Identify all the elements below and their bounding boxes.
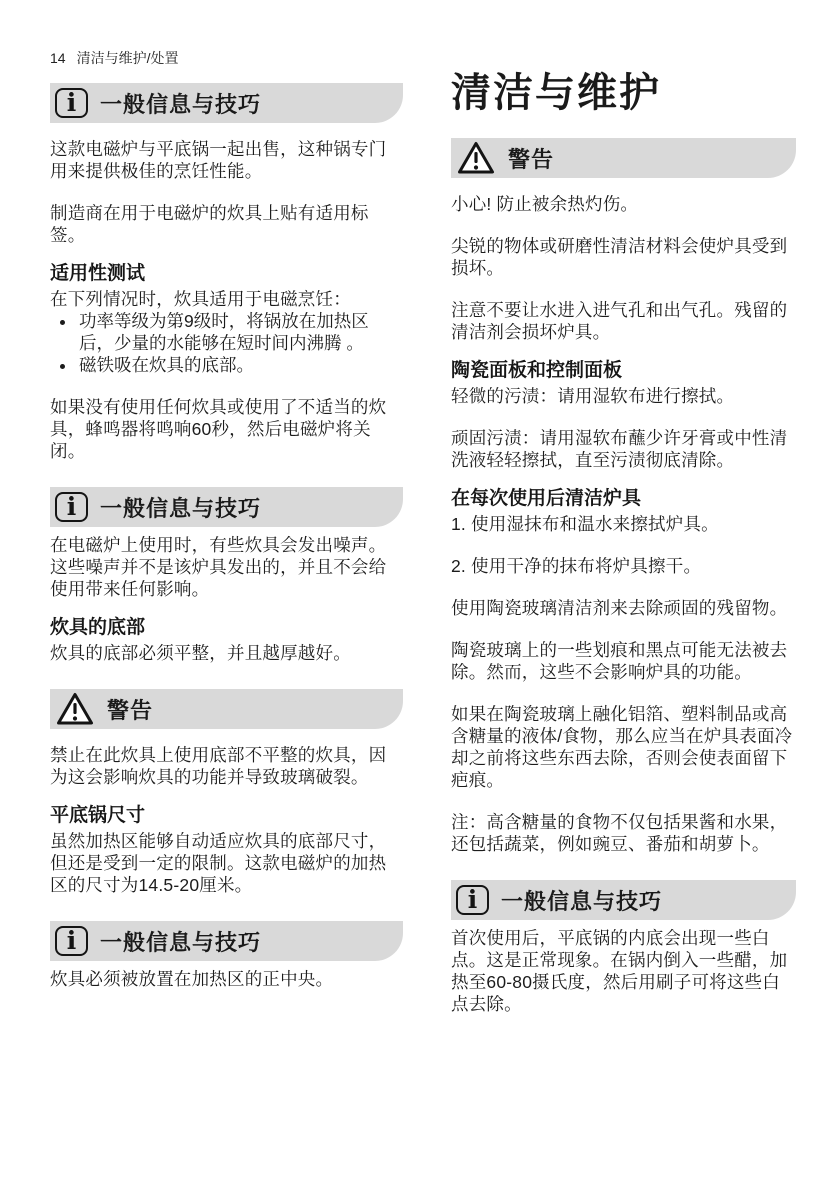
paragraph: 在下列情况时，炊具适用于电磁烹饪：	[50, 288, 403, 310]
info-icon: i	[456, 885, 489, 915]
step-item: 1. 使用湿抹布和温水来擦拭炉具。	[451, 513, 796, 535]
paragraph: 炊具必须被放置在加热区的正中央。	[50, 968, 403, 990]
section-heading: 陶瓷面板和控制面板	[451, 359, 796, 383]
paragraph: 如果没有使用任何炊具或使用了不适当的炊具，蜂鸣器将鸣响60秒，然后电磁炉将关闭。	[50, 396, 403, 462]
section-heading: 适用性测试	[50, 262, 403, 286]
bullet-item: 功率等级为第9级时，将锅放在加热区后，少量的水能够在短时间内沸腾 。	[77, 310, 403, 354]
info-icon: i	[55, 926, 88, 956]
page-header-title: 清洁与维护/处置	[77, 49, 179, 67]
right-column: 清洁与维护 警告 小心! 防止被余热灼伤。 尖锐的物体或研磨性清洁材料会使炉具受…	[451, 68, 796, 1015]
step-item: 2. 使用干净的抹布将炉具擦干。	[451, 555, 796, 577]
left-column: i 一般信息与技巧 这款电磁炉与平底锅一起出售，这种锅专门用来提供极佳的烹饪性能…	[50, 83, 403, 990]
paragraph: 虽然加热区能够自动适应炊具的底部尺寸，但还是受到一定的限制。这款电磁炉的加热区的…	[50, 830, 403, 896]
paragraph: 首次使用后，平底锅的内底会出现一些白点。这是正常现象。在锅内倒入一些醋，加热至6…	[451, 927, 796, 1015]
paragraph: 这款电磁炉与平底锅一起出售，这种锅专门用来提供极佳的烹饪性能。	[50, 138, 403, 182]
paragraph: 炊具的底部必须平整，并且越厚越好。	[50, 642, 403, 664]
section-heading: 在每次使用后清洁炉具	[451, 487, 796, 511]
banner-title: 一般信息与技巧	[501, 885, 662, 916]
info-icon: i	[55, 88, 88, 118]
section-title: 清洁与维护	[451, 68, 796, 118]
warning-icon	[55, 691, 95, 727]
bullet-list: 功率等级为第9级时，将锅放在加热区后，少量的水能够在短时间内沸腾 。 磁铁吸在炊…	[50, 310, 403, 376]
warning-banner: 警告	[451, 138, 796, 178]
banner-title: 一般信息与技巧	[100, 492, 261, 523]
banner-title: 一般信息与技巧	[100, 88, 261, 119]
section-heading: 炊具的底部	[50, 616, 403, 640]
paragraph: 禁止在此炊具上使用底部不平整的炊具，因为这会影响炊具的功能并导致玻璃破裂。	[50, 744, 403, 788]
warning-icon	[456, 140, 496, 176]
info-banner: i 一般信息与技巧	[50, 83, 403, 123]
paragraph: 制造商在用于电磁炉的炊具上贴有适用标签。	[50, 202, 403, 246]
paragraph: 如果在陶瓷玻璃上融化铝箔、塑料制品或高含糖量的液体/食物，那么应当在炉具表面冷却…	[451, 703, 796, 791]
warning-banner: 警告	[50, 689, 403, 729]
paragraph: 小心! 防止被余热灼伤。	[451, 193, 796, 215]
paragraph: 尖锐的物体或研磨性清洁材料会使炉具受到损坏。	[451, 235, 796, 279]
paragraph: 使用陶瓷玻璃清洁剂来去除顽固的残留物。	[451, 597, 796, 619]
section-heading: 平底锅尺寸	[50, 804, 403, 828]
info-banner: i 一般信息与技巧	[50, 921, 403, 961]
paragraph: 注：高含糖量的食物不仅包括果酱和水果，还包括蔬菜，例如豌豆、番茄和胡萝卜。	[451, 811, 796, 855]
paragraph: 注意不要让水进入进气孔和出气孔。残留的清洁剂会损坏炉具。	[451, 299, 796, 343]
paragraph: 顽固污渍：请用湿软布蘸少许牙膏或中性清洗液轻轻擦拭，直至污渍彻底清除。	[451, 427, 796, 471]
info-icon: i	[55, 492, 88, 522]
info-banner: i 一般信息与技巧	[451, 880, 796, 920]
banner-title: 警告	[107, 694, 153, 725]
bullet-item: 磁铁吸在炊具的底部。	[77, 354, 403, 376]
info-banner: i 一般信息与技巧	[50, 487, 403, 527]
banner-title: 一般信息与技巧	[100, 926, 261, 957]
paragraph: 陶瓷玻璃上的一些划痕和黑点可能无法被去除。然而，这些不会影响炉具的功能。	[451, 639, 796, 683]
page-number: 14	[50, 49, 66, 67]
page-header: 14 清洁与维护/处置	[50, 49, 178, 67]
paragraph: 在电磁炉上使用时，有些炊具会发出噪声。这些噪声并不是该炉具发出的，并且不会给使用…	[50, 534, 403, 600]
paragraph: 轻微的污渍：请用湿软布进行擦拭。	[451, 385, 796, 407]
banner-title: 警告	[508, 143, 554, 174]
